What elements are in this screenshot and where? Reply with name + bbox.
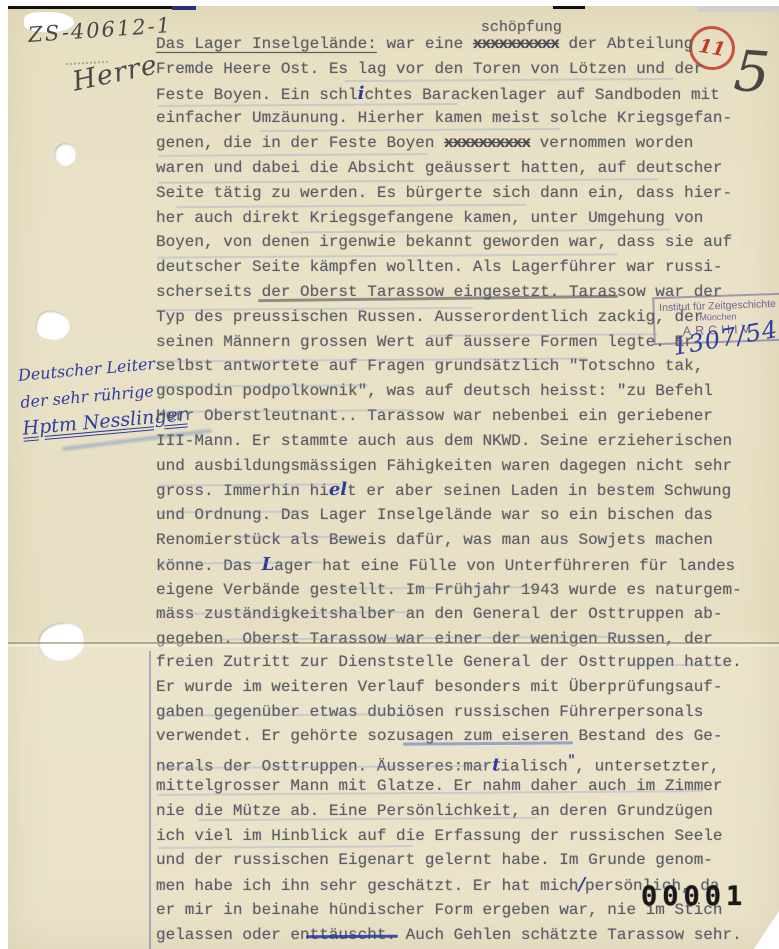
typed-line: Das Lager Inselgelände: war eine xxxxxxx… [156, 32, 742, 57]
typed-line: und ausbildungsmässigen Fähigkeiten ware… [156, 454, 742, 479]
scanned-document: ZS-40612-1 Herre 11 5 Deutscher Leiter: … [0, 0, 779, 949]
typed-line: gelassen oder enttäuscht. Auch Gehlen sc… [156, 923, 742, 948]
typed-line: gaben gegenüber etwas dubiösen russische… [156, 700, 742, 725]
typed-line: nerals der Osttruppen. Äusseres:martiali… [156, 749, 742, 774]
typed-line: Seite tätig zu werden. Es bürgerte sich … [156, 181, 742, 206]
typed-line: freien Zutritt zur Dienststelle General … [156, 650, 742, 675]
typed-line: verwendet. Er gehörte sozusagen zum eise… [156, 724, 742, 749]
typed-line: ich viel im Hinblick auf die Erfassung d… [156, 824, 742, 849]
typed-line: III-Mann. Er stammte auch aus dem NKWD. … [156, 429, 742, 454]
typed-insertion: schöpfung [481, 16, 562, 41]
punch-hole [33, 308, 72, 343]
typed-line: und der russischen Eigenart gelernt habe… [156, 848, 742, 873]
page-corner-cut [750, 899, 779, 949]
scan-edge-mark [8, 6, 196, 9]
underline-mark [306, 935, 398, 939]
typed-line: genen, die in der Feste Boyen xxxxxxxxxx… [156, 131, 742, 156]
margin-name-handwriting: Herre [70, 49, 161, 97]
typed-line: Boyen, von denen irgenwie bekannt geword… [156, 230, 742, 255]
typed-line: und Ordnung. Das Lager Inselgelände war … [156, 503, 742, 528]
typed-line: Renomierstück als Beweis dafür, was man … [156, 528, 742, 553]
typed-line: könne. Das Lager hat eine Fülle von Unte… [156, 553, 742, 578]
typed-line: deutscher Seite kämpfen wollten. Als Lag… [156, 255, 742, 280]
typed-line: einfacher Umzäunung. Hierher kamen meist… [156, 106, 742, 131]
document-page: ZS-40612-1 Herre 11 5 Deutscher Leiter: … [8, 6, 779, 949]
typed-paragraph-1: Das Lager Inselgelände: war eine xxxxxxx… [156, 32, 742, 652]
margin-vertical-line [149, 651, 151, 949]
typed-line: scherseits der Oberst Tarassow eingesetz… [156, 280, 742, 305]
scan-edge-ink-mark [172, 6, 196, 10]
typed-line: Herr Oberstleutnant.. Tarassow war neben… [156, 404, 742, 429]
scan-edge-shadow [698, 6, 779, 12]
typed-line: gross. Immerhin hielt er aber seinen Lad… [156, 478, 742, 503]
scan-edge-mark [553, 6, 585, 9]
typed-line: her auch direkt Kriegsgefangene kamen, u… [156, 206, 742, 231]
typed-line: eigene Verbände gestellt. Im Frühjahr 19… [156, 578, 742, 603]
typed-line: Er wurde im weiteren Verlauf besonders m… [156, 675, 742, 700]
punch-hole [54, 143, 76, 166]
page-number-stamp: 00001 [641, 881, 747, 912]
typed-line: gospodin podpolkownik", was auf deutsch … [156, 379, 742, 404]
typed-line: mäss zuständigkeitshalber an den General… [156, 602, 742, 627]
paper-seam-highlight [8, 644, 779, 647]
typed-line: waren und dabei die Absicht geäussert ha… [156, 156, 742, 181]
